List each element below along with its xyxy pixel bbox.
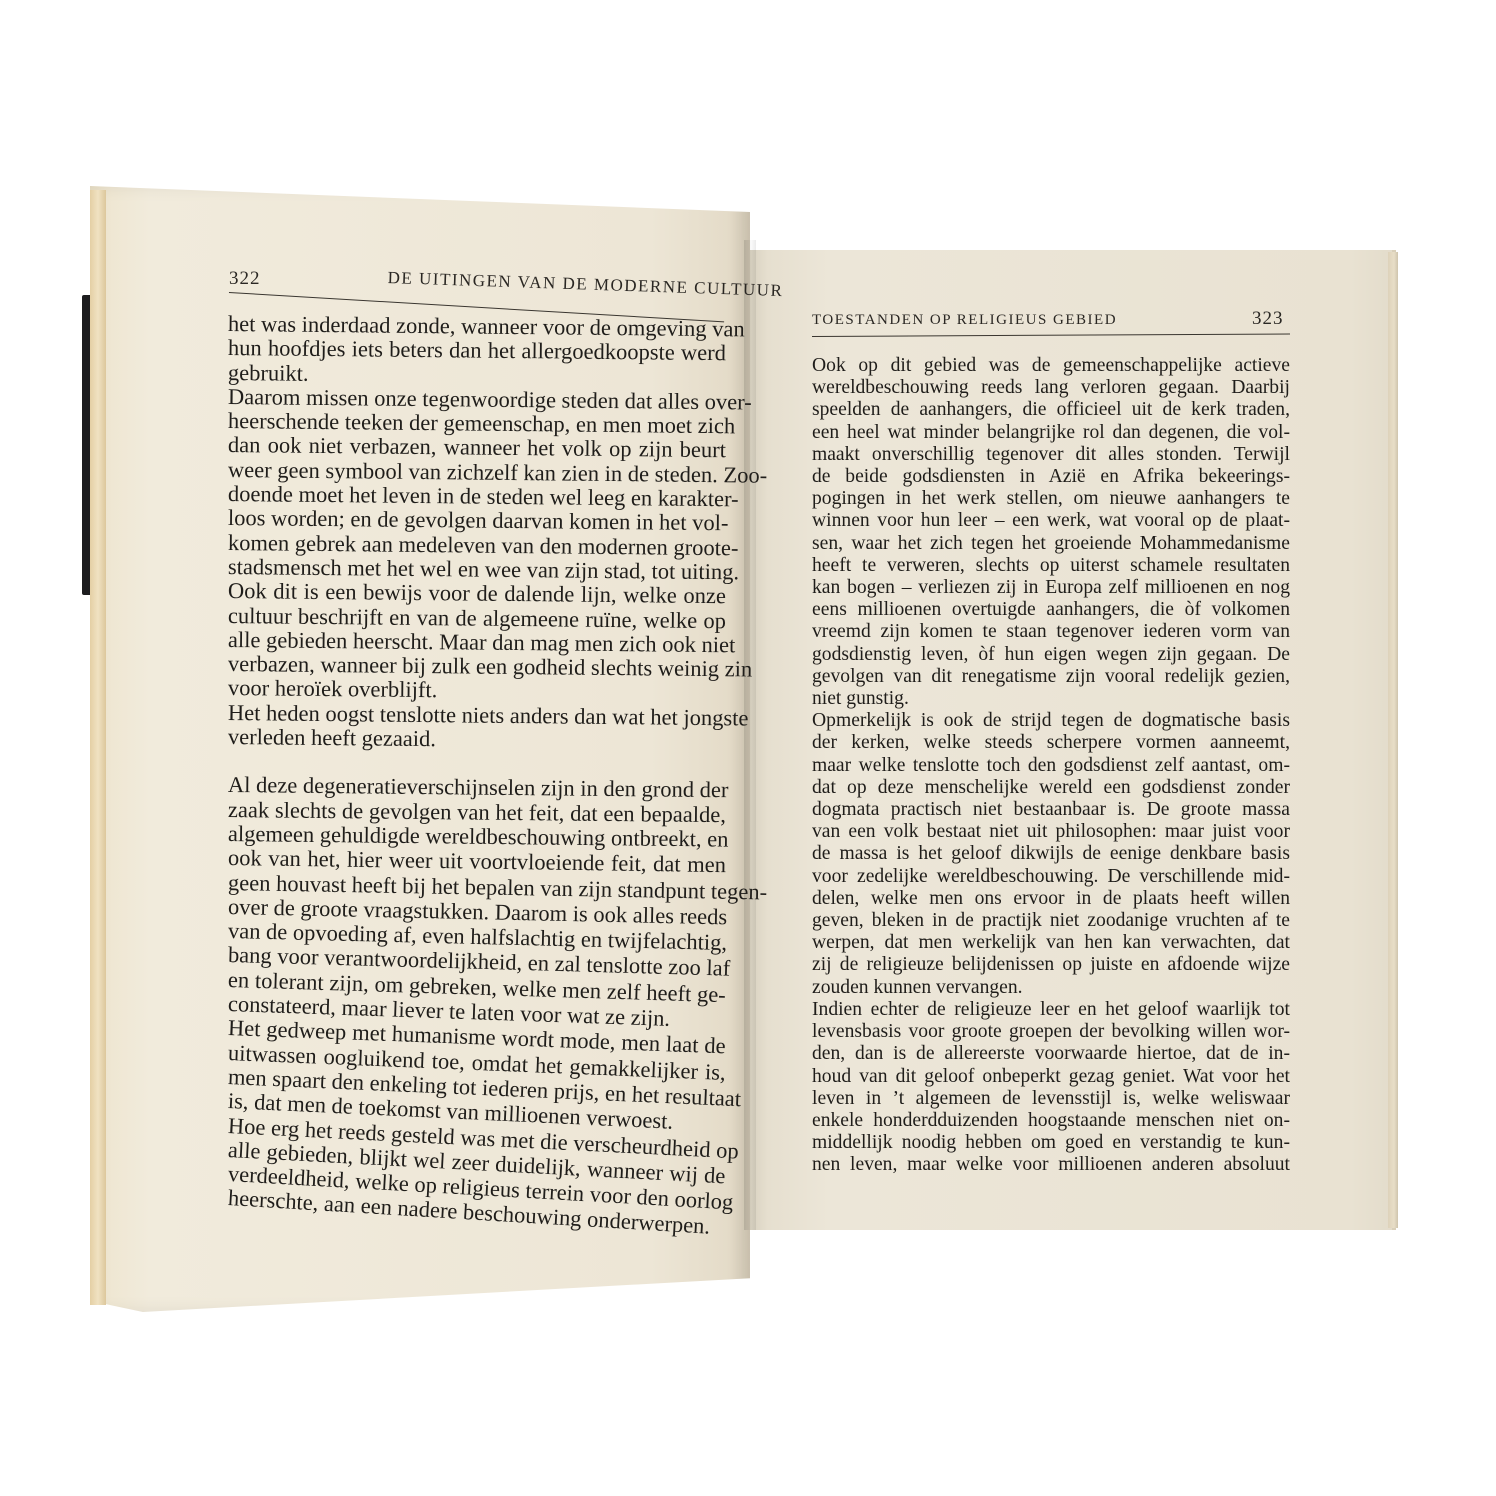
paragraph: Daarom missen onze tegenwoordige steden … [228, 385, 726, 579]
text-line: maar welke tenslotte toch den godsdienst… [812, 755, 1290, 777]
text-line: de beide godsdiensten in Azië en Afrika … [812, 466, 1290, 488]
text-line: van een volk bestaat niet uit philosophe… [812, 821, 1290, 843]
text-line: sen, waar het zich tegen het groeiende M… [812, 533, 1290, 555]
text-line: speelden de aanhangers, die officieel ui… [812, 399, 1290, 421]
text-line: voor zedelijke wereldbeschouwing. De ver… [812, 866, 1290, 888]
paragraph: Het heden oogst tenslotte niets anders d… [228, 701, 726, 750]
text-line: vreemd zijn komen te staan tegenover ied… [812, 621, 1290, 643]
paragraph: Het gedweep met humanisme wordt mode, me… [228, 1016, 726, 1113]
right-page-edge [1388, 252, 1398, 1228]
text-line: niet gunstig. [812, 688, 1290, 710]
text-line: kan bogen – verliezen zij in Europa zelf… [812, 577, 1290, 599]
paragraph: Ook dit is een bewijs voor de dalende li… [228, 579, 726, 700]
text-line: nen leven, maar welke voor millioenen an… [812, 1154, 1290, 1176]
right-running-head: TOESTANDEN OP RELIGIEUS GEBIED [812, 312, 1117, 329]
text-line: gevolgen van dit renegatisme zijn vooral… [812, 666, 1290, 688]
left-page-edges [90, 190, 106, 1305]
text-line: dogmata practisch niet bestaanbaar is. D… [812, 799, 1290, 821]
paragraph: Indien echter de religieuze leer en het … [812, 999, 1290, 1177]
text-line: zouden kunnen vervangen. [812, 977, 1290, 999]
left-page-body: het was inderdaad zonde, wanneer voor de… [228, 312, 726, 1211]
text-line: leven in ’t algemeen de levensstijl is, … [812, 1088, 1290, 1110]
text-line: houd van dit geloof onbeperkt gezag geni… [812, 1066, 1290, 1088]
text-line: dat op deze menschelijke wereld een gods… [812, 777, 1290, 799]
text-line: eens millioenen overtuigde aanhangers, d… [812, 599, 1290, 621]
paragraph: Opmerkelijk is ook de strijd tegen de do… [812, 710, 1290, 999]
text-line: zij de religieuze belijdenissen op juist… [812, 954, 1290, 976]
paragraph: het was inderdaad zonde, wanneer voor de… [228, 312, 726, 385]
text-line: pogingen in het werk stellen, om nieuwe … [812, 488, 1290, 510]
text-line: delen, welke men ons ervoor in de plaats… [812, 888, 1290, 910]
open-book: 322 DE UITINGEN VAN DE MODERNE CULTUUR T… [0, 0, 1496, 1496]
text-line: enkele honderdduizenden hoogstaande mens… [812, 1110, 1290, 1132]
text-line: maakt onverschillig tegenover dit alles … [812, 444, 1290, 466]
text-line: een heel wat minder belangrijke rol dan … [812, 422, 1290, 444]
text-line: Ook op dit gebied was de gemeenschappeli… [812, 355, 1290, 377]
text-line: wereldbeschouwing reeds lang verloren ge… [812, 377, 1290, 399]
text-line: werpen, dat men werkelijk van hen kan ve… [812, 932, 1290, 954]
paragraph: Ook op dit gebied was de gemeenschappeli… [812, 355, 1290, 710]
left-page-number: 322 [229, 268, 261, 290]
text-line: winnen voor hun leer – een werk, wat voo… [812, 510, 1290, 532]
text-line: Indien echter de religieuze leer en het … [812, 999, 1290, 1021]
text-line: levensbasis voor groote groepen der bevo… [812, 1021, 1290, 1043]
paragraph: Al deze degeneratieverschijnselen zijn i… [228, 773, 726, 1016]
text-line: Opmerkelijk is ook de strijd tegen de do… [812, 710, 1290, 732]
text-line: heeft te verweren, slechts op uiterst sc… [812, 555, 1290, 577]
text-line: geven, bleken in de practijk niet zoodan… [812, 910, 1290, 932]
right-page-body: Ook op dit gebied was de gemeenschappeli… [812, 355, 1290, 1177]
text-line: de massa is het geloof dikwijls de eenig… [812, 843, 1290, 865]
text-line: middellijk noodig hebben om goed en vers… [812, 1132, 1290, 1154]
text-line: den, dan is de allereerste voorwaarde hi… [812, 1043, 1290, 1065]
text-line: godsdienstig leven, òf hun eigen wegen z… [812, 644, 1290, 666]
right-page-number: 323 [1252, 308, 1284, 330]
text-line: der kerken, welke steeds scherpere vorme… [812, 732, 1290, 754]
